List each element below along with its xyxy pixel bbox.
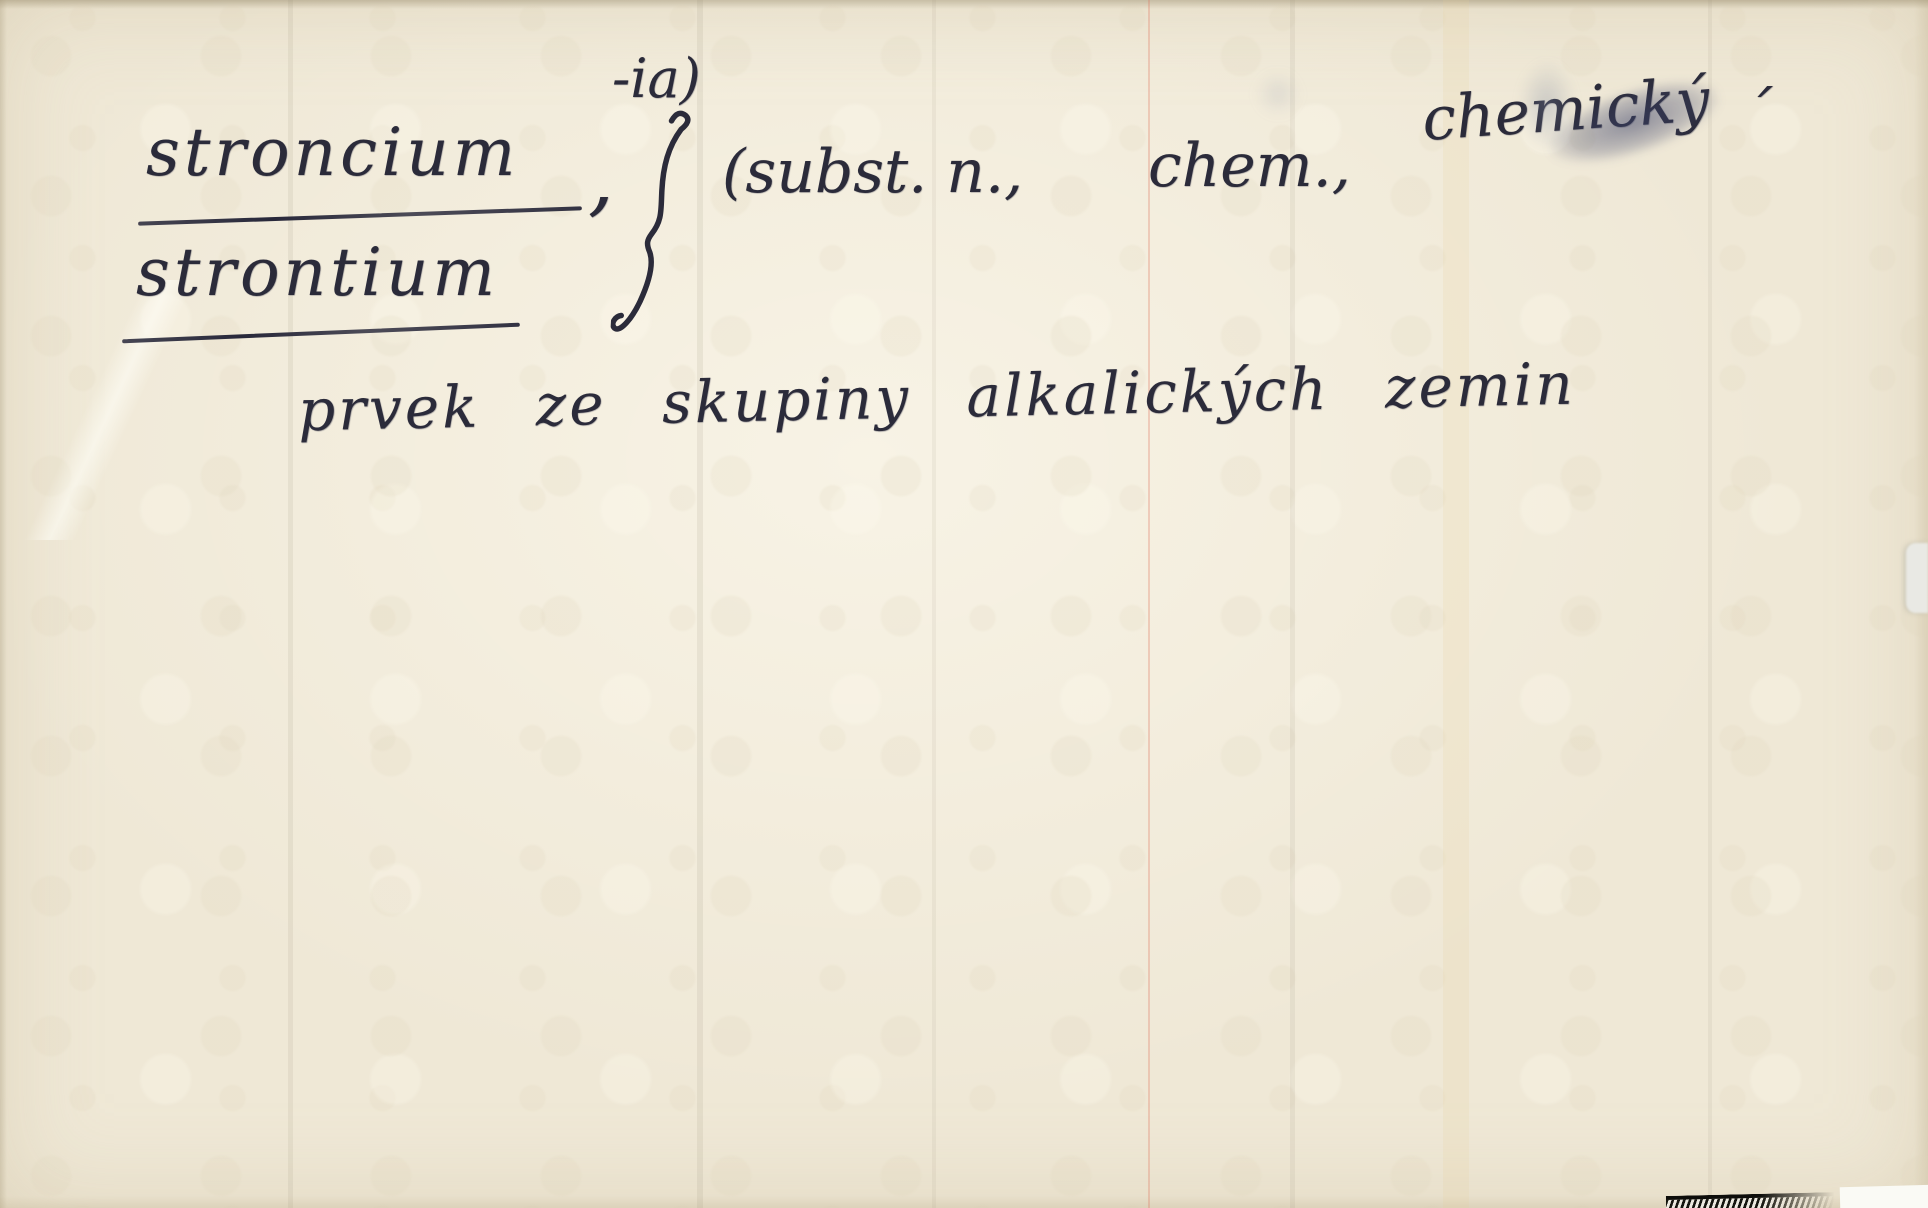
- gram-note-part3: chemický: [1420, 70, 1711, 150]
- ink-smudge: [1256, 72, 1300, 116]
- headword-stroncium: stroncium: [146, 120, 519, 186]
- paper-crease: [0, 280, 260, 540]
- headword-strontium: strontium: [136, 240, 499, 306]
- underline-strontium: [122, 323, 520, 344]
- definition-text: prvek ze skupiny alkalických zemin: [298, 355, 1577, 440]
- underline-stroncium: [138, 206, 582, 225]
- paper-streak: [1708, 0, 1712, 1208]
- gram-note-part1: (subst. n.,: [722, 142, 1023, 202]
- headword-comma: ,: [588, 138, 614, 220]
- index-card: stroncium , strontium -ia) (subst. n., c…: [0, 0, 1928, 1208]
- scan-edge-white: [1840, 1185, 1928, 1208]
- grouping-brace-icon: [610, 104, 694, 347]
- scan-edge-patch: [1906, 543, 1928, 613]
- paper-streak: [1443, 0, 1469, 1208]
- scan-edge-hatch: [1666, 1192, 1838, 1208]
- gram-note-part2: chem.,: [1148, 136, 1351, 196]
- stray-accent-mark: ´: [1742, 84, 1772, 144]
- paper-streak: [697, 0, 703, 1208]
- suffix-note: -ia): [612, 52, 701, 106]
